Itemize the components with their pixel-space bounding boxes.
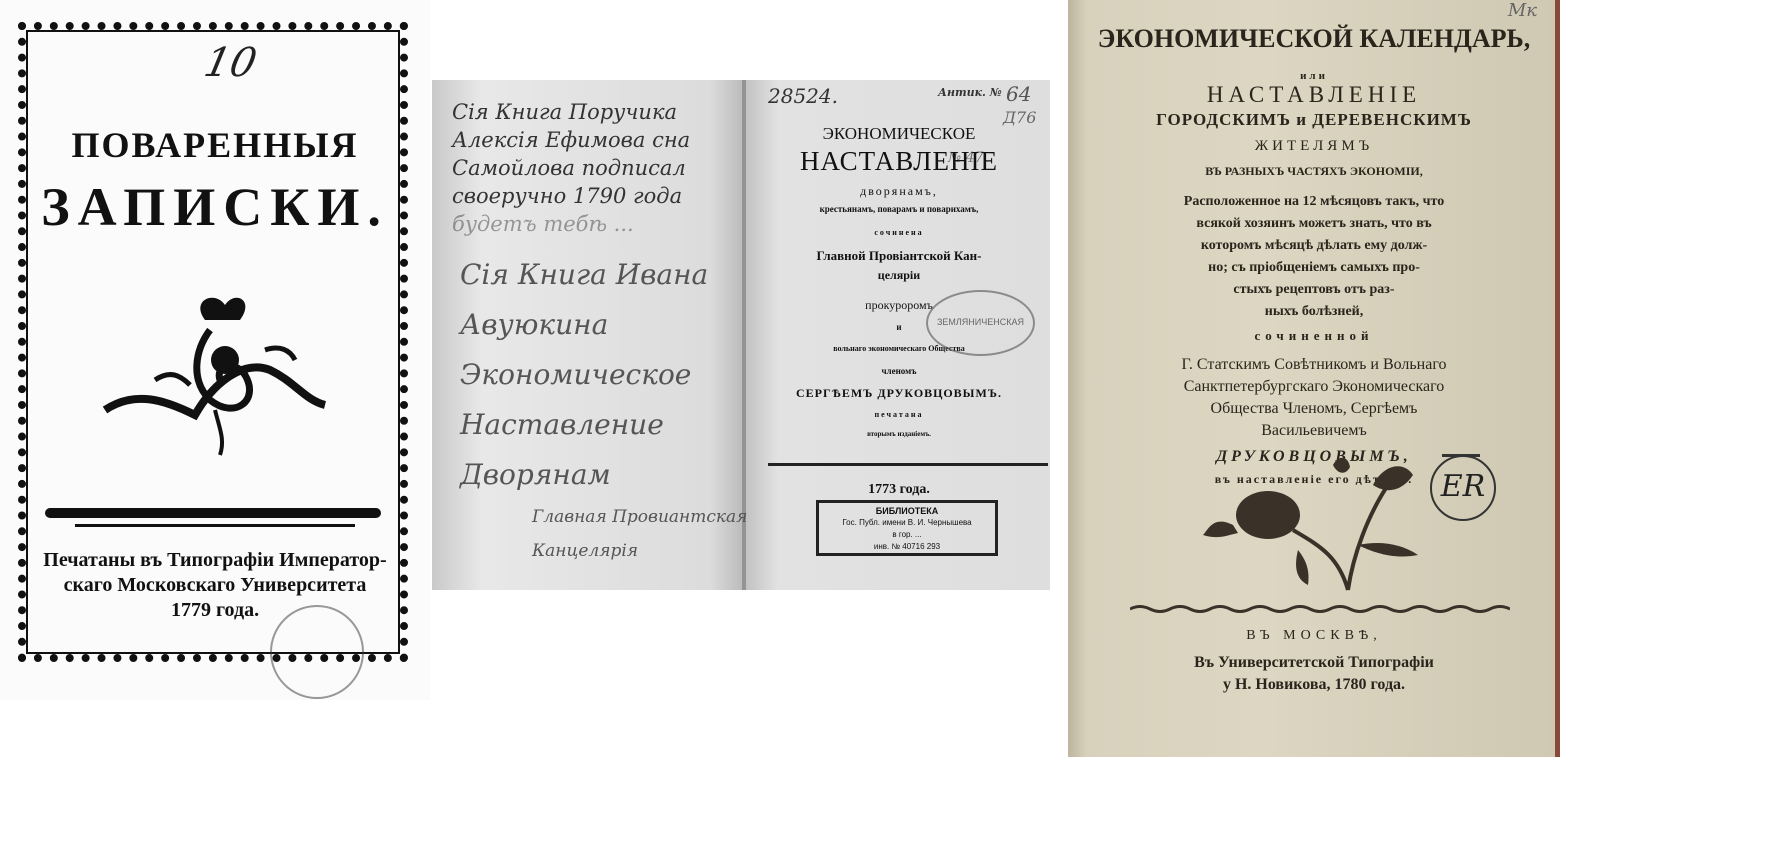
title-line: целяріи <box>748 268 1050 283</box>
author-line: Г. Статскимъ Совѣтникомъ и Вольнаго <box>1068 356 1560 374</box>
ownership-inscription-2: Сія Книга Ивана Авуюкина Экономическое Н… <box>460 250 708 500</box>
ownership-inscription-3: Главная Провиантская Канцелярія <box>532 500 747 568</box>
handwritten-number: 10 <box>200 40 261 86</box>
floral-vignette-icon <box>1198 455 1428 595</box>
monogram-stamp: ER <box>1430 455 1496 521</box>
body-line: всякой хозяинъ можетъ знать, что въ <box>1068 216 1560 232</box>
body-line: но; съ пріобщеніемъ самыхъ про- <box>1068 260 1560 276</box>
title-line: НАСТАВЛЕНІЕ <box>748 146 1050 177</box>
title-line: Главной Провіантской Кан- <box>748 248 1050 264</box>
thin-rule <box>75 524 355 527</box>
title-line: ЭКОНОМИЧЕСКОЕ <box>748 124 1050 144</box>
oval-stamp: ЗЕМЛЯНИЧЕНСКАЯ <box>926 290 1035 356</box>
corner-number-1: 64 <box>1006 82 1031 106</box>
imprint: Печатаны въ Типографіи Император- скаго … <box>0 548 430 623</box>
title-line: СЕРГѢЕМЪ ДРУКОВЦОВЫМЪ. <box>748 386 1050 401</box>
corner-note: Антик. № <box>938 86 1002 99</box>
title-page-ekonomicheskoi-kalendar: Мк ЭКОНОМИЧЕСКОЙ КАЛЕНДАРЬ, или НАСТАВЛЕ… <box>1068 0 1560 757</box>
library-stamp: БИБЛИОТЕКА Гос. Публ. имени В. И. Черныш… <box>816 500 998 556</box>
vine-rule-icon <box>1130 604 1510 614</box>
title-line-2: ЗАПИСКИ. <box>0 176 430 238</box>
library-stamp <box>270 605 364 699</box>
title-page-povarennye-zapiski: 10 ПОВАРЕННЫЯ ЗАПИСКИ. Печатаны въ Типог… <box>0 0 430 700</box>
book-spread-ekonomicheskoe-nastavlenie: Сія Книга Поручика Алексія Ефимова сна С… <box>432 80 1050 590</box>
title-line: вторымъ изданіемъ. <box>748 430 1050 438</box>
decorative-rule <box>45 508 381 518</box>
title-line: НАСТАВЛЕНІЕ <box>1068 82 1560 108</box>
title-page-right: 28524. Антик. № 64 Д76 № 47. ЭКОНОМИЧЕСК… <box>748 80 1050 590</box>
title-line: дворянамъ, <box>748 184 1050 199</box>
title-line-1: ПОВАРЕННЫЯ <box>0 124 430 166</box>
imprint-line: ВЪ МОСКВѢ, <box>1068 628 1560 644</box>
imprint-line: у Н. Новикова, 1780 года. <box>1068 676 1560 694</box>
title-line: ГОРОДСКИМЪ и ДЕРЕВЕНСКИМЪ <box>1068 110 1560 130</box>
imprint-line: Въ Университетской Типографіи <box>1068 654 1560 672</box>
title-line: печатана <box>748 410 1050 419</box>
rule <box>768 463 1048 466</box>
title-line: ЖИТЕЛЯМЪ <box>1068 138 1560 155</box>
author-line: Санктпетербургскаго Экономическаго <box>1068 378 1560 396</box>
title-line: членомъ <box>748 366 1050 376</box>
author-line: Васильевичемъ <box>1068 422 1560 440</box>
inventory-number: 28524. <box>768 84 838 108</box>
body-line: которомъ мѣсяцѣ дѣлать ему долж- <box>1068 238 1560 254</box>
body-line: стыхъ рецептовъ отъ раз- <box>1068 282 1560 298</box>
title-line: ЭКОНОМИЧЕСКОЙ КАЛЕНДАРЬ, <box>1068 24 1560 54</box>
title-line: ВЪ РАЗНЫХЪ ЧАСТЯХЪ ЭКОНОМІИ, <box>1068 164 1560 179</box>
title-line: сочинена <box>748 228 1050 237</box>
body-line: сочиненной <box>1068 328 1560 344</box>
body-line: Расположенное на 12 мѣсяцовъ такъ, что <box>1068 194 1560 210</box>
title-line: крестьянамъ, поварамъ и поварихамъ, <box>748 204 1050 214</box>
year: 1773 года. <box>748 482 1050 498</box>
author-line: Общества Членомъ, Сергѣемъ <box>1068 400 1560 418</box>
ownership-inscription-1: Сія Книга Поручика Алексія Ефимова сна С… <box>452 98 690 238</box>
floral-vignette-icon <box>95 290 335 460</box>
title-line: или <box>1068 70 1560 82</box>
corner-annotation: Мк <box>1508 0 1537 21</box>
body-line: ныхъ болѣзней, <box>1068 304 1560 320</box>
